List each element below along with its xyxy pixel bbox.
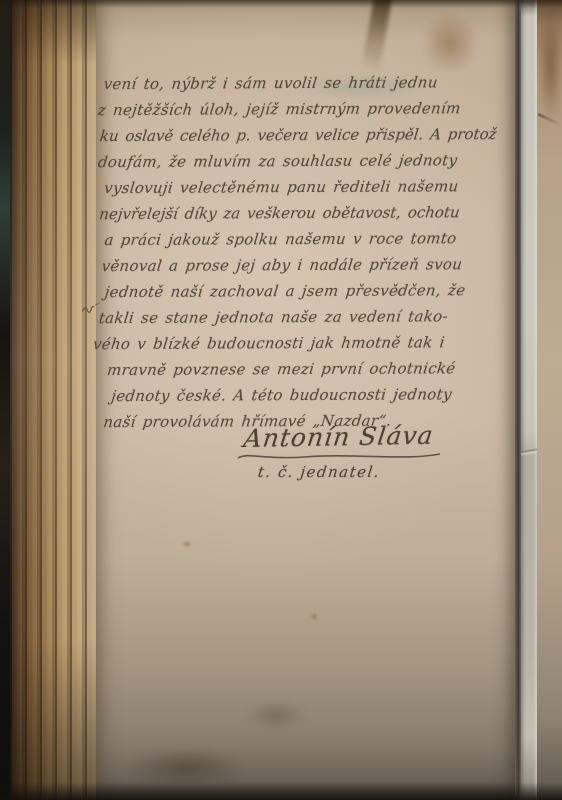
manuscript-photo: vení to, nýbrž i sám uvolil se hráti jed…: [0, 0, 562, 800]
stacked-page-edges: [10, 0, 102, 800]
paper-strip-fold: [521, 444, 537, 458]
foxing-spot: [310, 612, 319, 621]
text-line: mravně povznese se mezi první ochotnické: [106, 355, 512, 383]
signature-title: t. č. jednatel.: [257, 463, 473, 481]
text-line: věnoval a prose jej aby i nadále přízeň …: [100, 251, 511, 279]
text-line: vení to, nýbrž i sám uvolil se hráti jed…: [102, 69, 510, 97]
signature-name: Antonín Sláva: [242, 420, 476, 453]
handwritten-text-block: vení to, nýbrž i sám uvolil se hráti jed…: [102, 69, 509, 435]
text-line: ku oslavě celého p. večera velice přispě…: [98, 121, 510, 149]
ink-streak-stain: [361, 0, 393, 73]
text-line: takli se stane jednota naše za vedení ta…: [97, 303, 511, 331]
facing-page-edge: [537, 0, 562, 800]
brown-stain: [422, 12, 478, 74]
text-line: jednotě naší zachoval a jsem přesvědčen,…: [103, 277, 511, 305]
text-line: z nejtěžších úloh, jejíž mistrným proved…: [96, 95, 510, 123]
manuscript-page: vení to, nýbrž i sám uvolil se hráti jed…: [96, 0, 515, 800]
facing-page-stain: [539, 10, 562, 120]
text-line: a práci jakouž spolku našemu v roce tomt…: [103, 225, 511, 253]
inserted-paper-strip: [521, 0, 537, 800]
text-line: jednoty české. A této budoucnosti jednot…: [110, 381, 512, 409]
text-line: vyslovuji velectěnému panu řediteli naše…: [103, 173, 511, 201]
text-line: doufám, že mluvím za souhlasu celé jedno…: [97, 147, 511, 175]
signature-block: Antonín Sláva t. č. jednatel.: [242, 424, 472, 481]
margin-annotation-mark: [80, 301, 102, 317]
photo-bottom-shadow: [0, 782, 562, 800]
text-line: nejvřelejší díky za veškerou obětavost, …: [98, 199, 511, 227]
photo-top-shadow: [0, 0, 562, 8]
foxing-spot: [246, 700, 306, 730]
text-line: vého v blízké budoucnosti jak hmotně tak…: [92, 329, 512, 357]
foxing-spot: [182, 540, 192, 548]
